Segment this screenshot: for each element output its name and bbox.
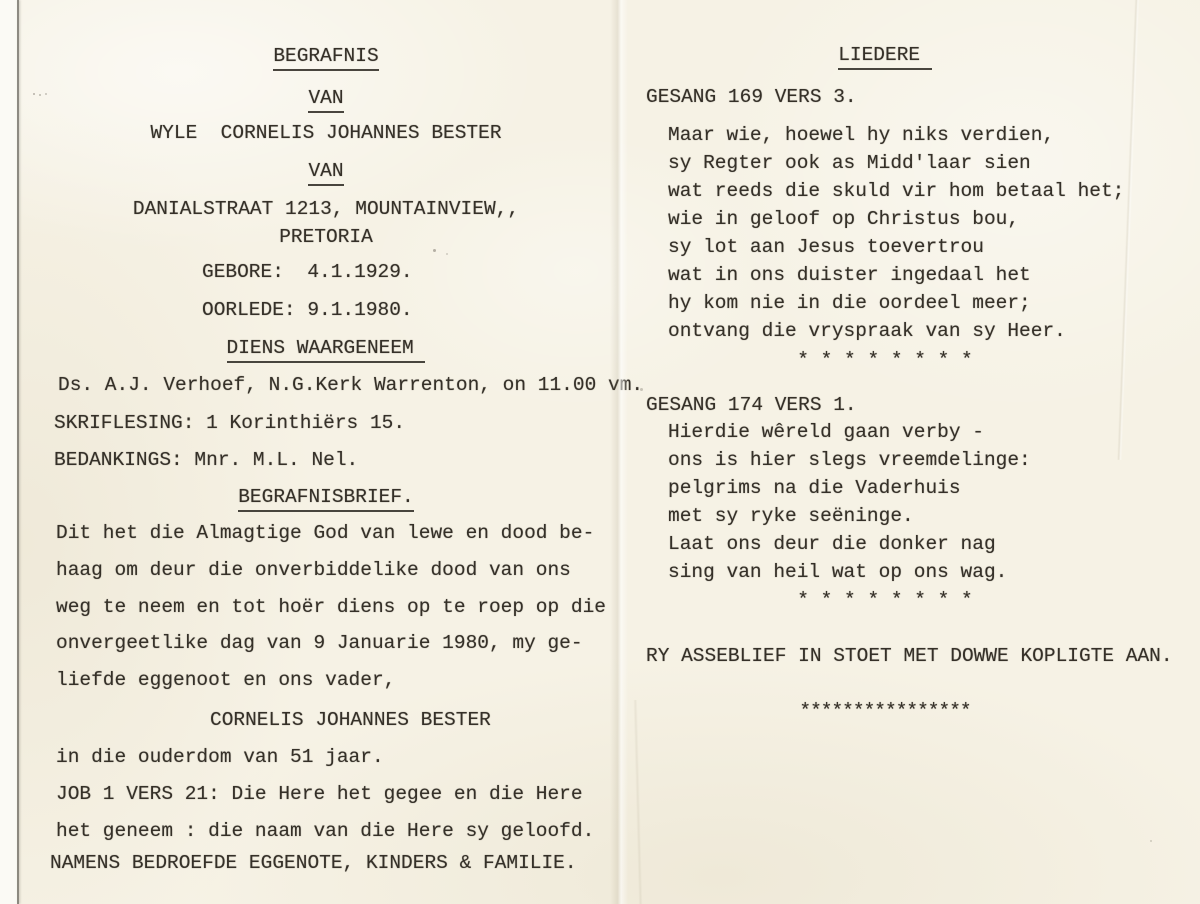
hymn1-line: sy Regter ook as Midd'laar sien [668,152,1031,174]
hymn2-line: Laat ons deur die donker nag [668,533,996,555]
scan-left-edge [17,0,19,904]
letter-line: Dit het die Almagtige God van lewe en do… [56,522,594,544]
hymn2-line: pelgrims na die Vaderhuis [668,477,961,499]
hymn1-separator: * * * * * * * * [630,349,1140,371]
hymn2-line: met sy ryke seëninge. [668,505,914,527]
verse-line: het geneem : die naam van die Here sy ge… [56,820,594,842]
address-line-1: DANIALSTRAAT 1213, MOUNTAINVIEW,, [20,198,632,220]
verse-line: JOB 1 VERS 21: Die Here het gegee en die… [56,783,583,805]
top-right-crease [1117,0,1140,460]
hymn2-line: Hierdie wêreld gaan verby - [668,421,984,443]
of-heading-2: VAN [20,160,632,182]
hymn2-separator: * * * * * * * * [630,589,1140,611]
address-line-2: PRETORIA [20,226,632,248]
letter-line: onvergeetlike dag van 9 Januarie 1980, m… [56,632,583,654]
paper-speck [640,388,643,391]
thanks-line: BEDANKINGS: Mnr. M.L. Nel. [54,449,358,471]
procession-notice: RY ASSEBLIEF IN STOET MET DOWWE KOPLIGTE… [646,645,1173,667]
letter-line: weg te neem en tot hoër diens op te roep… [56,596,606,618]
letter-line: haag om deur die onverbiddelike dood van… [56,559,571,581]
center-fold-crease [610,0,628,904]
closing-line: NAMENS BEDROEFDE EGGENOTE, KINDERS & FAM… [50,852,577,874]
funeral-heading: BEGRAFNIS [20,45,632,67]
service-heading: DIENS WAARGENEEM [20,337,632,359]
paper-speck [446,253,448,255]
paper-speck [1150,840,1152,842]
hymn1-line: wie in geloof op Christus bou, [668,208,1019,230]
hymn1-title: GESANG 169 VERS 3. [646,86,857,108]
letter-heading-text: BEGRAFNISBRIEF. [238,486,414,512]
hymn1-line: Maar wie, hoewel hy niks verdien, [668,124,1054,146]
age-line: in die ouderdom van 51 jaar. [56,746,384,768]
paper-speck [33,93,35,95]
letter-deceased-name: CORNELIS JOHANNES BESTER [210,709,491,731]
scripture-line: SKRIFLESING: 1 Korinthiërs 15. [54,412,405,434]
scan-left-margin [0,0,17,904]
of-heading-2-text: VAN [308,160,343,186]
hymn1-line: wat reeds die skuld vir hom betaal het; [668,180,1124,202]
hymn1-line: hy kom nie in die oordeel meer; [668,292,1031,314]
letter-line: liefde eggenoot en ons vader, [56,669,395,691]
born-line: GEBORE: 4.1.1929. [202,261,413,283]
hymn2-line: ons is hier slegs vreemdelinge: [668,449,1031,471]
of-heading-1: VAN [20,87,632,109]
hymns-heading: LIEDERE [630,44,1140,66]
paper-speck [433,249,436,252]
service-heading-text: DIENS WAARGENEEM [227,337,426,363]
service-line: Ds. A.J. Verhoef, N.G.Kerk Warrenton, on… [58,374,643,396]
end-separator: **************** [630,700,1140,722]
hymn1-line: wat in ons duister ingedaal het [668,264,1031,286]
hymn2-title: GESANG 174 VERS 1. [646,394,857,416]
deceased-name: WYLE CORNELIS JOHANNES BESTER [20,122,632,144]
hymns-heading-text: LIEDERE [838,44,932,70]
bottom-right-crease [633,700,642,904]
of-heading-1-text: VAN [308,87,343,113]
letter-heading: BEGRAFNISBRIEF. [20,486,632,508]
scanned-funeral-program: BEGRAFNIS VAN WYLE CORNELIS JOHANNES BES… [0,0,1200,904]
hymn1-line: sy lot aan Jesus toevertrou [668,236,984,258]
hymn2-line: sing van heil wat op ons wag. [668,561,1007,583]
died-line: OORLEDE: 9.1.1980. [202,299,413,321]
hymn1-line: ontvang die vryspraak van sy Heer. [668,320,1066,342]
funeral-heading-text: BEGRAFNIS [273,45,378,71]
